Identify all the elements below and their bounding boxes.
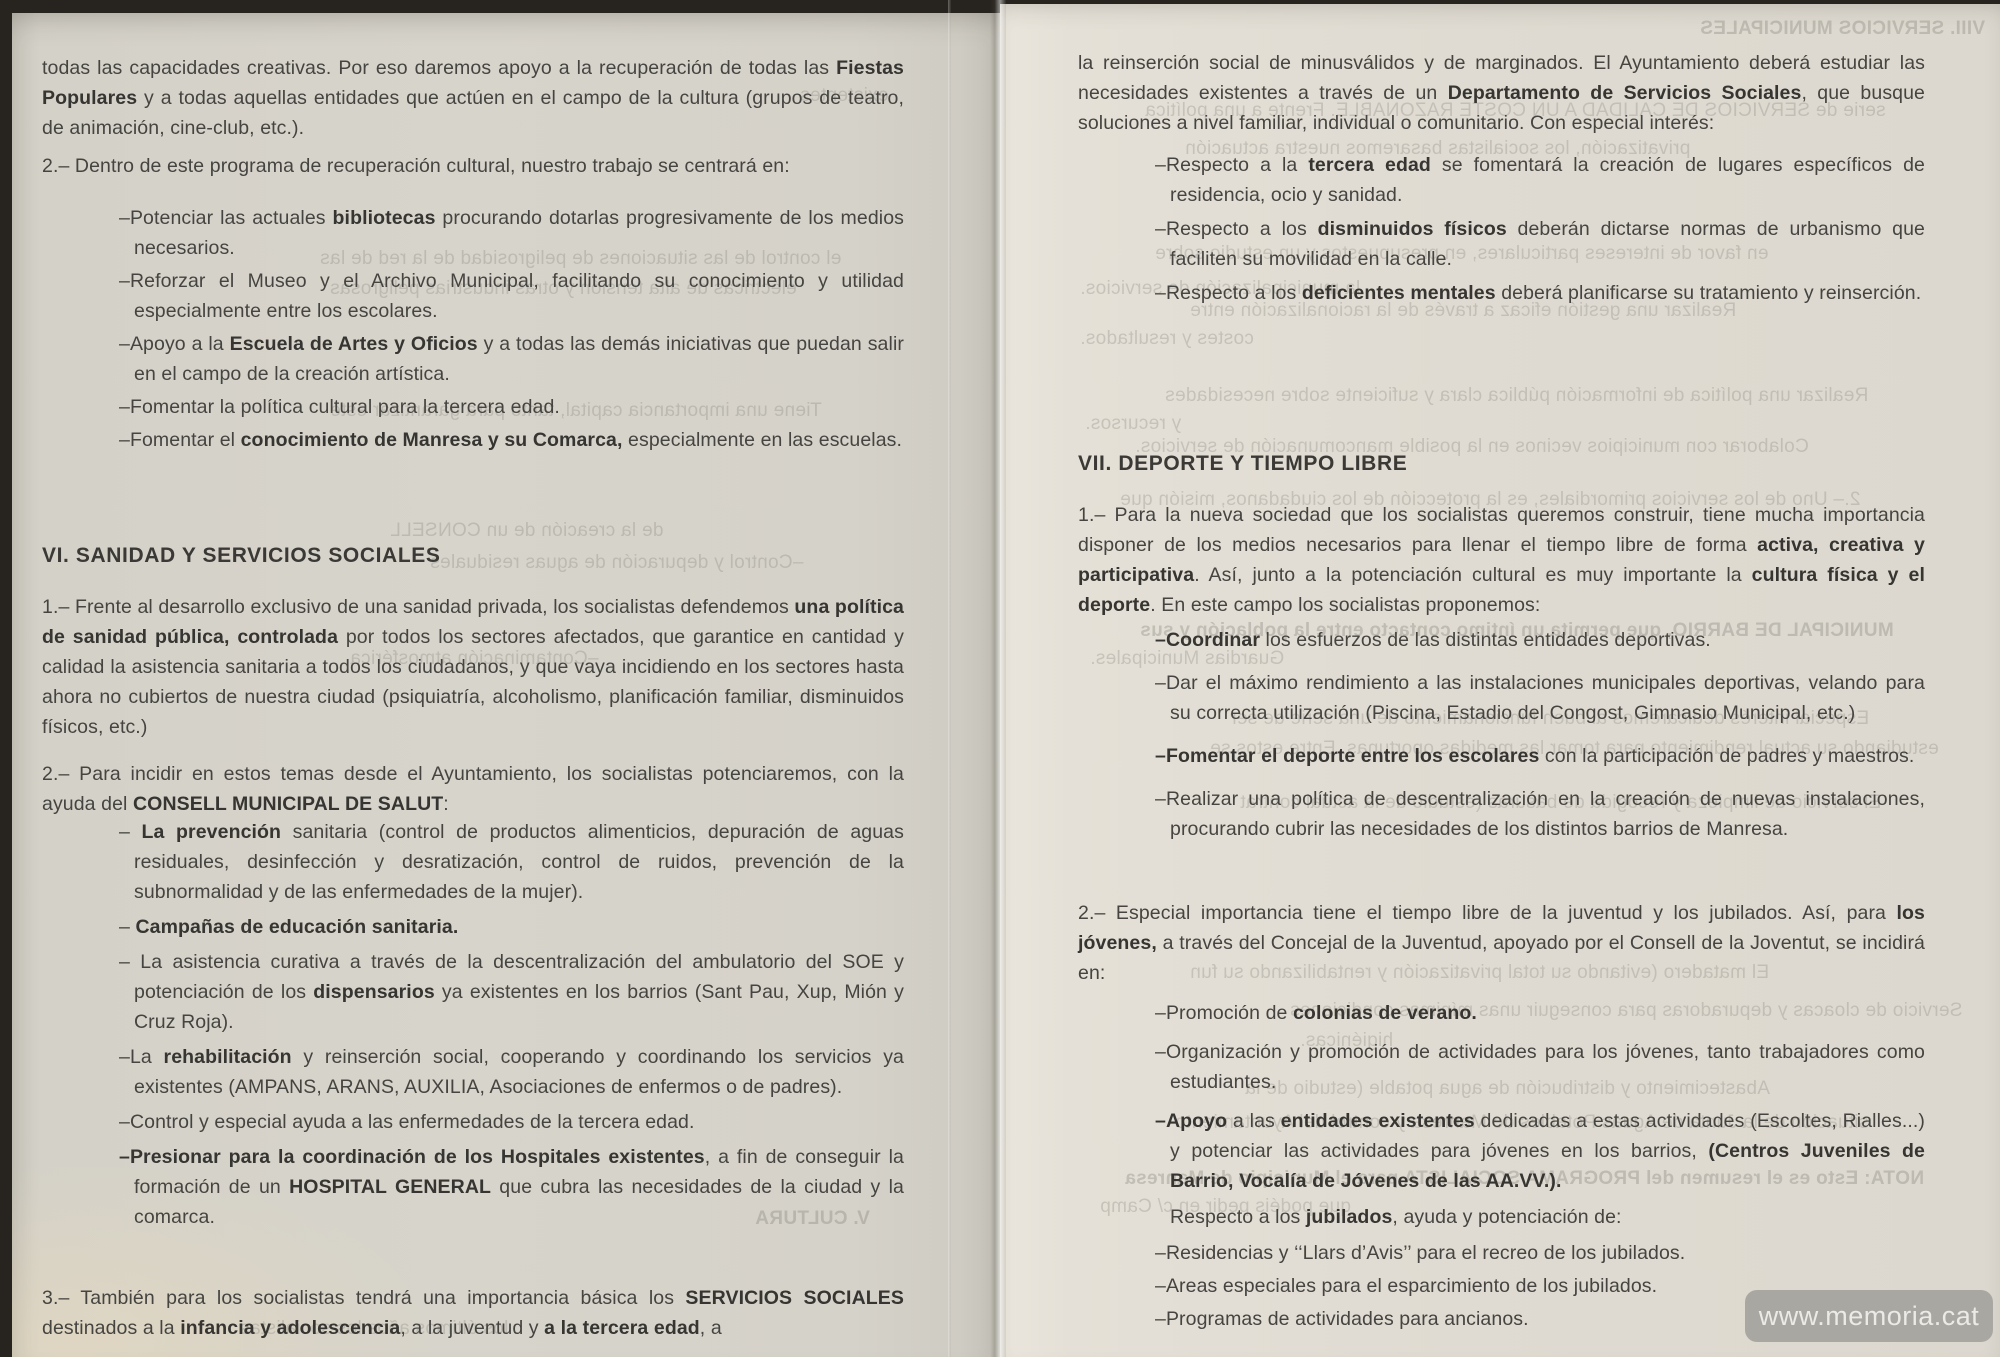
watermark-text: www.memoria.cat [1759,1301,1980,1332]
paragraph-culture-top: todas las capacidades creativas. Por eso… [42,53,904,143]
list-item: –Respecto a los disminuidos físicos debe… [1078,214,1925,274]
paragraph-sanidad-1: 1.– Frente al desarrollo exclusivo de un… [42,592,904,742]
section-heading-vi: VI. SANIDAD Y SERVICIOS SOCIALES [42,544,904,568]
paragraph-deporte-2: 2.– Especial importancia tiene el tiempo… [1078,898,1925,988]
section-heading-vii: VII. DEPORTE Y TIEMPO LIBRE [1078,452,1925,476]
right-page: la reinserción social de minusválidos y … [1000,4,2000,1357]
list-item: – La asistencia curativa a través de la … [42,947,904,1037]
list-item: – Campañas de educación sanitaria. [42,912,904,942]
left-page-text: todas las capacidades creativas. Por eso… [12,13,1000,1357]
list-item: –Coordinar los esfuerzos de las distinta… [1078,625,1925,655]
paragraph-deporte-1: 1.– Para la nueva sociedad que los socia… [1078,500,1925,620]
paragraph-sanidad-2: 2.– Para incidir en estos temas desde el… [42,759,904,819]
list-item: –Respecto a la tercera edad se fomentará… [1078,150,1925,210]
list-culture: –Potenciar las actuales bibliotecas proc… [42,203,904,458]
list-item: –Presionar para la coordinación de los H… [42,1142,904,1232]
list-youth: –Promoción de colonias de verano. –Organ… [1078,998,1925,1205]
list-item: –Respecto a los deficientes mentales deb… [1078,278,1925,308]
paragraph-jubilados-intro: Respecto a los jubilados, ayuda y potenc… [1078,1202,1925,1232]
list-item: –La rehabilitación y reinserción social,… [42,1042,904,1102]
list-item: –Apoyo a la Escuela de Artes y Oficios y… [42,329,904,389]
left-page: todas las capacidades creativas. Por eso… [12,13,1000,1357]
list-item: –Control y especial ayuda a las enfermed… [42,1107,904,1137]
list-item: –Promoción de colonias de verano. [1078,998,1925,1028]
list-item: –Dar el máximo rendimiento a las instala… [1078,668,1925,728]
list-item: –Fomentar el conocimiento de Manresa y s… [42,425,904,455]
list-item: –Organización y promoción de actividades… [1078,1037,1925,1097]
list-sport: –Coordinar los esfuerzos de las distinta… [1078,625,1925,857]
list-social: –Respecto a la tercera edad se fomentará… [1078,150,1925,312]
paragraph-culture-2: 2.– Dentro de este programa de recuperac… [42,151,904,181]
list-item: – La prevención sanitaria (control de pr… [42,817,904,907]
list-item: –Fomentar la política cultural para la t… [42,392,904,422]
right-page-text: la reinserción social de minusválidos y … [1000,4,2000,1357]
list-item: –Realizar una política de descentralizac… [1078,784,1925,844]
list-item: –Reforzar el Museo y el Archivo Municipa… [42,266,904,326]
list-item: –Apoyo a las entidades existentes dedica… [1078,1106,1925,1196]
watermark-badge: www.memoria.cat [1745,1290,1993,1342]
list-item: –Fomentar el deporte entre los escolares… [1078,741,1925,771]
list-item: –Potenciar las actuales bibliotecas proc… [42,203,904,263]
paragraph-social-top: la reinserción social de minusválidos y … [1078,48,1925,138]
list-salut: – La prevención sanitaria (control de pr… [42,817,904,1237]
list-item: –Residencias y ‘‘Llars d’Avis’’ para el … [1078,1238,1925,1268]
paragraph-sanidad-3: 3.– También para los socialistas tendrá … [42,1283,904,1343]
